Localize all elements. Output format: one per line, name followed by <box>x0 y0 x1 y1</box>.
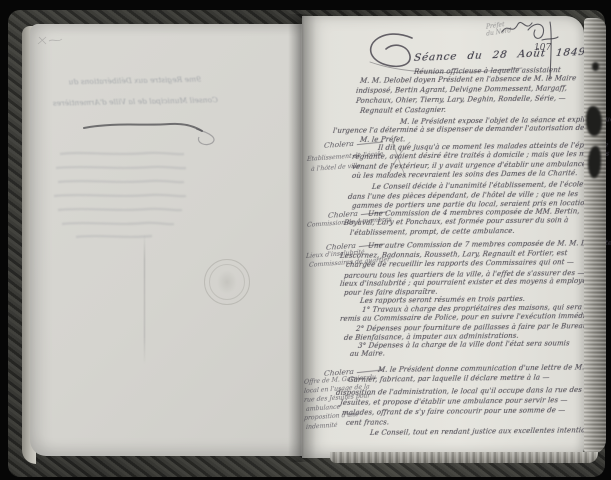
body-line: Garnier, fabricant, par laquelle il décl… <box>348 374 550 384</box>
margin-note: ambulance <box>306 404 341 413</box>
margin-note: indemnité <box>306 422 338 431</box>
body-line: indisposé, Bertin Agrant, Delvigne Domme… <box>356 84 568 95</box>
showthrough-title: 9me Registre aux Délibérations du Consei… <box>42 68 229 114</box>
manuscript-photo: 9me Registre aux Délibérations du Consei… <box>0 0 611 480</box>
body-line: l'urgence l'a déterminé à se dispenser d… <box>333 124 585 135</box>
title-underline-flourish <box>78 120 228 146</box>
right-page: Préfet du Nord 107 Séance du 28 Août 184… <box>302 16 584 458</box>
body-line: Une autre Commission de 7 membres compos… <box>368 239 611 250</box>
showthrough-paragraph <box>52 148 192 243</box>
torn-patch <box>588 146 601 178</box>
pencil-scribble <box>36 34 66 50</box>
body-line: l'établissement, prompt, de cette ambula… <box>350 227 516 237</box>
body-line: Regnault et Castagnier. <box>360 106 447 115</box>
right-page-stack-edge <box>584 18 606 454</box>
body-line: disposition de l'administration, le loca… <box>336 386 583 397</box>
margin-note: Cholera <box>324 138 383 149</box>
body-line: lieux d'insalubrité ; qui pourraient exi… <box>340 277 591 288</box>
body-line: Ponchaux, Ohier, Tierny, Lary, Deghin, R… <box>356 94 567 105</box>
embossed-seal <box>204 259 250 305</box>
torn-patch <box>586 106 602 136</box>
bottom-page-stack-edge <box>330 452 598 463</box>
body-line: 2° Dépenses pour fourniture de paillasse… <box>356 322 588 333</box>
left-page: 9me Registre aux Délibérations du Consei… <box>30 24 302 456</box>
showthrough-title-line2: Conseil Municipal de la Ville d'Armentiè… <box>42 89 228 114</box>
body-line: 3° Dépenses à la charge de la ville dont… <box>358 339 571 350</box>
body-line: Le Conseil décide à l'unanimité l'établi… <box>372 180 584 191</box>
margin-note: Etablissement de l'école <box>307 151 384 163</box>
fold-crease-line <box>144 234 145 364</box>
margin-note: Commission de 4 membres <box>307 216 392 229</box>
body-line: M. le Président donne communication d'un… <box>378 363 585 374</box>
body-line: cent francs. <box>346 418 390 427</box>
torn-patch <box>592 62 599 71</box>
body-line: Le Conseil, tout en rendant justice aux … <box>370 426 595 437</box>
body-line: au Maire. <box>350 350 386 358</box>
body-line: malades, offrant de s'y faire concourir … <box>342 406 566 417</box>
body-line: Jésuites, et propose d'établir une ambul… <box>340 396 569 407</box>
body-line: où les malades recevraient les soins des… <box>352 169 578 180</box>
